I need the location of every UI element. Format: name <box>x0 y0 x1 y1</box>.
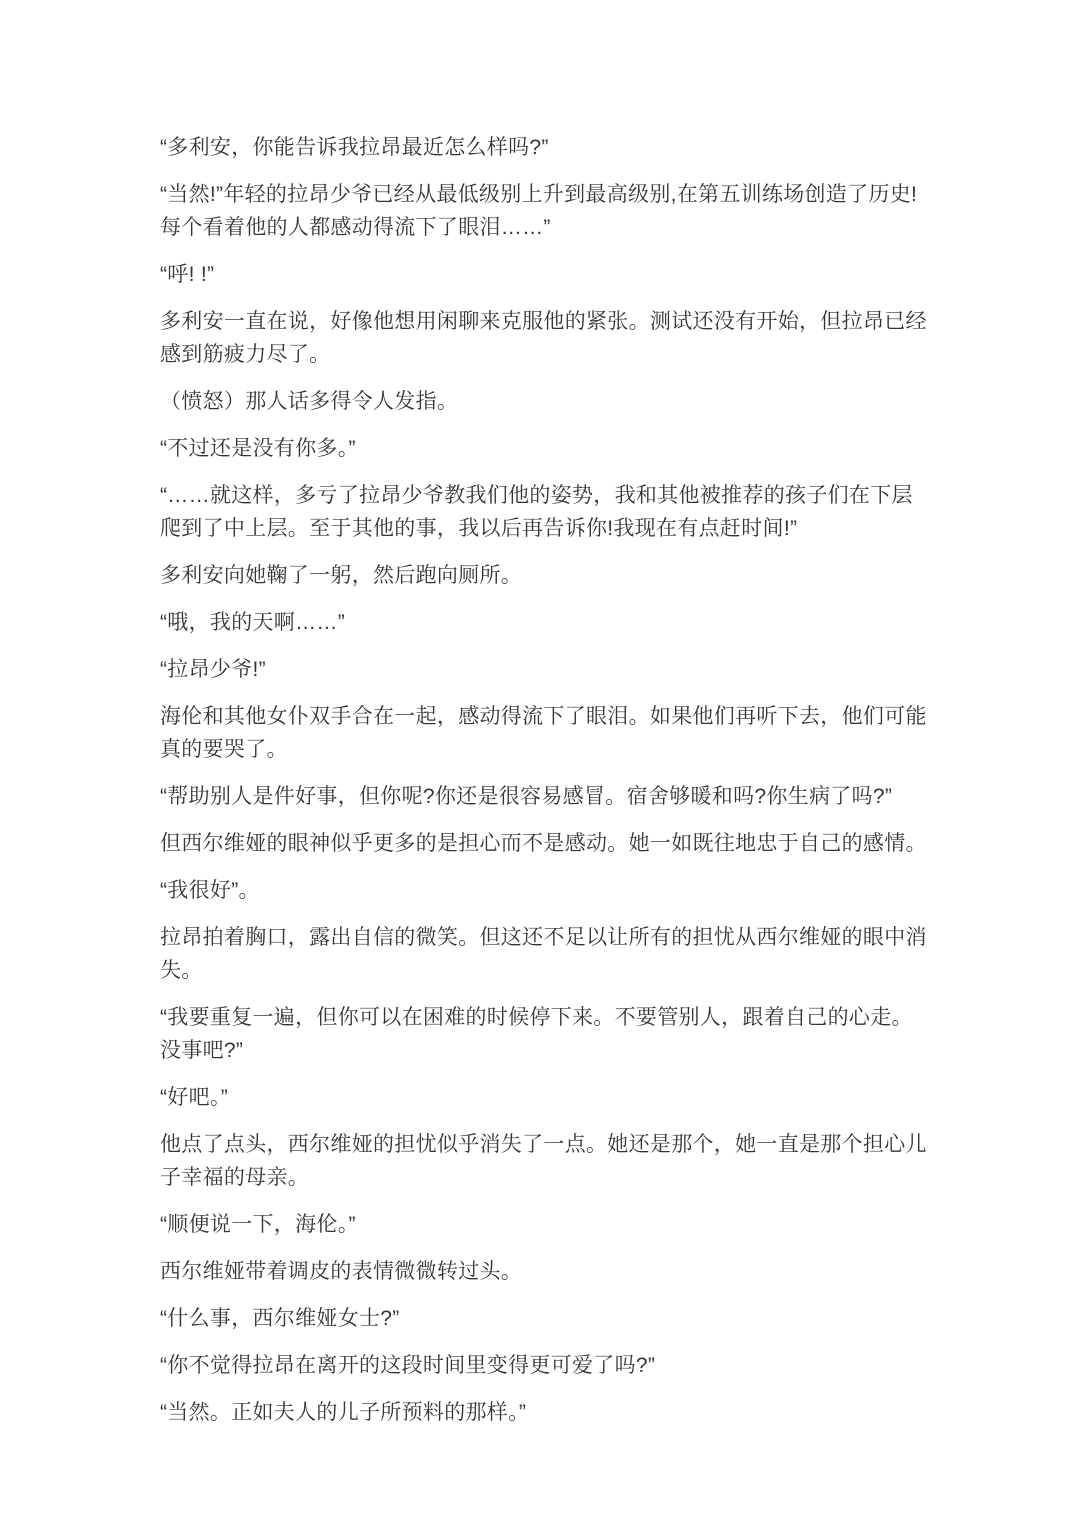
paragraph-6: “不过还是没有你多。” <box>160 432 932 465</box>
paragraph-10: “拉昂少爷!” <box>160 653 932 686</box>
paragraph-12: “帮助别人是件好事，但你呢?你还是很容易感冒。宿舍够暖和吗?你生病了吗?” <box>160 780 932 813</box>
paragraph-11: 海伦和其他女仆双手合在一起，感动得流下了眼泪。如果他们再听下去，他们可能真的要哭… <box>160 700 932 766</box>
paragraph-8: 多利安向她鞠了一躬，然后跑向厕所。 <box>160 559 932 592</box>
page-content: “多利安，你能告诉我拉昂最近怎么样吗?”“当然!”年轻的拉昂少爷已经从最低级别上… <box>160 131 932 1443</box>
paragraph-1: “多利安，你能告诉我拉昂最近怎么样吗?” <box>160 131 932 164</box>
paragraph-22: “你不觉得拉昂在离开的这段时间里变得更可爱了吗?” <box>160 1349 932 1382</box>
paragraph-21: “什么事，西尔维娅女士?” <box>160 1302 932 1335</box>
paragraph-17: “好吧。” <box>160 1081 932 1114</box>
paragraph-14: “我很好”。 <box>160 874 932 907</box>
paragraph-19: “顺便说一下，海伦。” <box>160 1208 932 1241</box>
paragraph-7: “……就这样，多亏了拉昂少爷教我们他的姿势，我和其他被推荐的孩子们在下层爬到了中… <box>160 479 932 545</box>
paragraph-20: 西尔维娅带着调皮的表情微微转过头。 <box>160 1255 932 1288</box>
paragraph-3: “呼! !” <box>160 258 932 291</box>
paragraph-16: “我要重复一遍，但你可以在困难的时候停下来。不要管别人，跟着自己的心走。没事吧?… <box>160 1001 932 1067</box>
paragraph-4: 多利安一直在说，好像他想用闲聊来克服他的紧张。测试还没有开始，但拉昂已经感到筋疲… <box>160 305 932 371</box>
paragraph-15: 拉昂拍着胸口，露出自信的微笑。但这还不足以让所有的担忧从西尔维娅的眼中消失。 <box>160 921 932 987</box>
paragraph-2: “当然!”年轻的拉昂少爷已经从最低级别上升到最高级别,在第五训练场创造了历史!每… <box>160 178 932 244</box>
paragraph-23: “当然。正如夫人的儿子所预料的那样。” <box>160 1396 932 1429</box>
paragraph-18: 他点了点头，西尔维娅的担忧似乎消失了一点。她还是那个，她一直是那个担心儿子幸福的… <box>160 1128 932 1194</box>
paragraph-9: “哦，我的天啊……” <box>160 606 932 639</box>
paragraph-5: （愤怒）那人话多得令人发指。 <box>160 385 932 418</box>
document-page: “多利安，你能告诉我拉昂最近怎么样吗?”“当然!”年轻的拉昂少爷已经从最低级别上… <box>0 0 1074 1519</box>
paragraph-13: 但西尔维娅的眼神似乎更多的是担心而不是感动。她一如既往地忠于自己的感情。 <box>160 827 932 860</box>
